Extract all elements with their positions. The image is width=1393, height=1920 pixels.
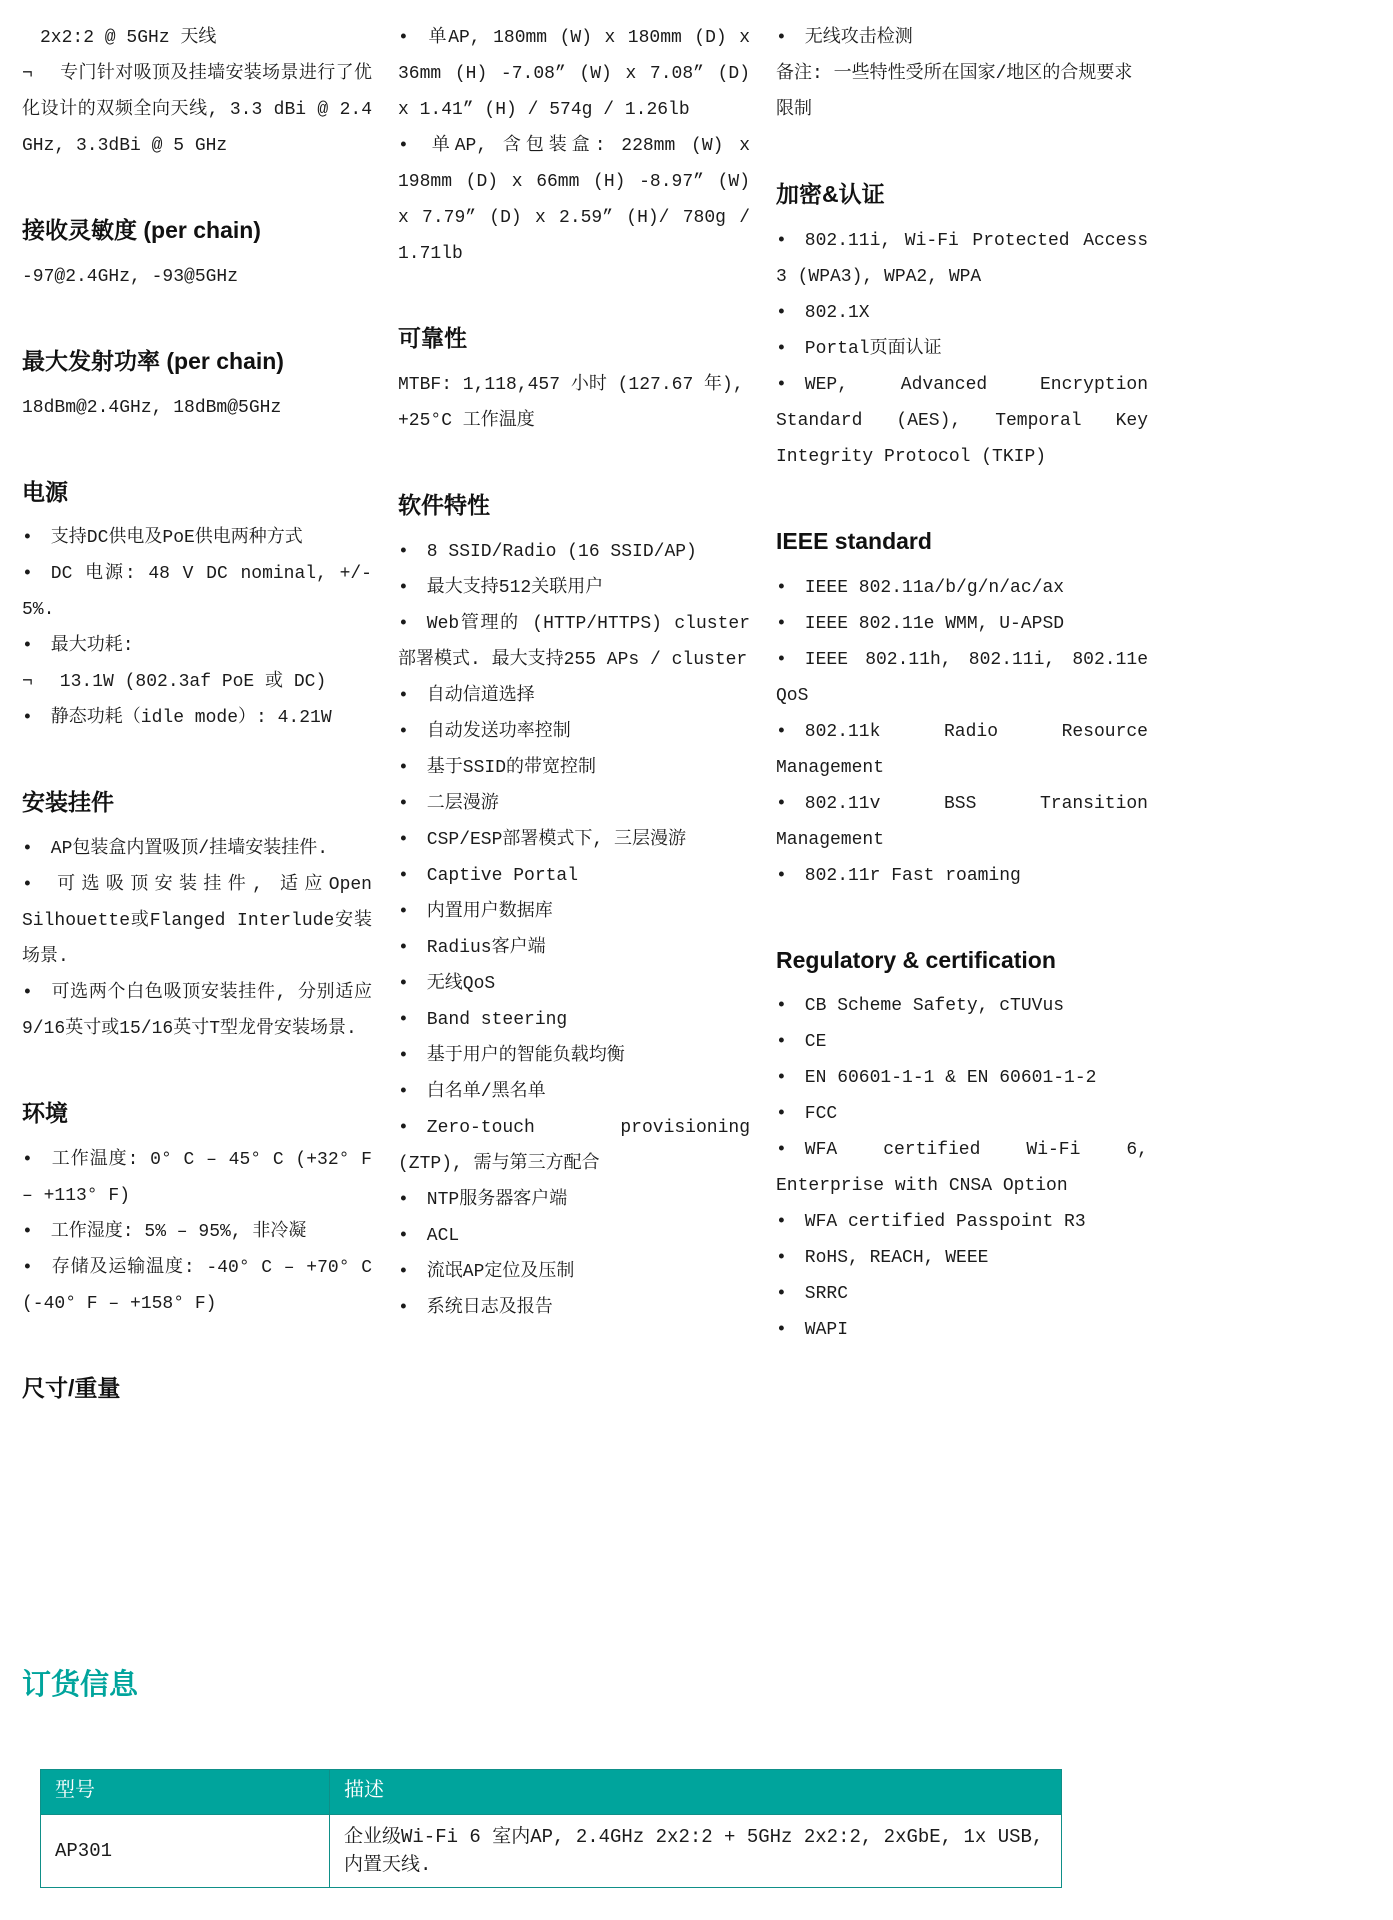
spec-bullet-item: • NTP服务器客户端: [398, 1182, 750, 1218]
spec-bullet-item: • Portal页面认证: [776, 331, 1148, 367]
spec-bullet-item: • CB Scheme Safety, cTUVus: [776, 988, 1148, 1024]
spec-bullet-item: • 最大支持512关联用户: [398, 570, 750, 606]
ordering-title: 订货信息: [22, 1662, 1366, 1703]
spec-bullet-item: • 内置用户数据库: [398, 894, 750, 930]
section-heading: 环境: [22, 1099, 372, 1128]
spec-column-3: • 无线攻击检测备注: 一些特性受所在国家/地区的合规要求限制加密&认证• 80…: [776, 20, 1148, 1417]
spec-bullet-item: • 802.11i, Wi-Fi Protected Access 3 (WPA…: [776, 223, 1148, 295]
spec-bullet-item: • 工作温度: 0° C – 45° C (+32° F – +113° F): [22, 1142, 372, 1214]
ordering-table-header-cell: 描述: [330, 1770, 1062, 1815]
spec-bullet-item: • 可选吸顶安装挂件, 适应Open Silhouette或Flanged In…: [22, 867, 372, 975]
spec-section: IEEE standard• IEEE 802.11a/b/g/n/ac/ax•…: [776, 527, 1148, 894]
section-heading: 软件特性: [398, 491, 750, 520]
spec-column-1: 2x2:2 @ 5GHz 天线¬ 专门针对吸顶及挂墙安装场景进行了优化设计的双频…: [22, 20, 372, 1417]
ordering-table-body: AP301企业级Wi-Fi 6 室内AP, 2.4GHz 2x2:2 + 5GH…: [41, 1815, 1062, 1888]
spec-columns: 2x2:2 @ 5GHz 天线¬ 专门针对吸顶及挂墙安装场景进行了优化设计的双频…: [0, 0, 1393, 1600]
description-cell: 企业级Wi-Fi 6 室内AP, 2.4GHz 2x2:2 + 5GHz 2x2…: [330, 1815, 1062, 1888]
spec-bullet-item: • 自动信道选择: [398, 678, 750, 714]
spec-bullet-item: • 802.1X: [776, 295, 1148, 331]
ordering-table-row: AP301企业级Wi-Fi 6 室内AP, 2.4GHz 2x2:2 + 5GH…: [41, 1815, 1062, 1888]
spec-bullet-item: • 二层漫游: [398, 786, 750, 822]
spec-bullet-item: • EN 60601-1-1 & EN 60601-1-2: [776, 1060, 1148, 1096]
spec-section: 最大发射功率 (per chain)18dBm@2.4GHz, 18dBm@5G…: [22, 347, 372, 426]
spec-bullet-item: • 802.11r Fast roaming: [776, 858, 1148, 894]
section-heading: 加密&认证: [776, 180, 1148, 209]
spec-bullet-item: • SRRC: [776, 1276, 1148, 1312]
spec-bullet-item: • CSP/ESP部署模式下, 三层漫游: [398, 822, 750, 858]
spec-bullet-item: • Zero-touch provisioning (ZTP), 需与第三方配合: [398, 1110, 750, 1182]
ordering-table-header-row: 型号描述: [41, 1770, 1062, 1815]
spec-text-line: -97@2.4GHz, -93@5GHz: [22, 259, 372, 295]
spec-text-line: 2x2:2 @ 5GHz 天线: [22, 20, 372, 56]
spec-bullet-item: • AP包装盒内置吸顶/挂墙安装挂件.: [22, 831, 372, 867]
spec-bullet-item: • Band steering: [398, 1002, 750, 1038]
section-heading: 安装挂件: [22, 788, 372, 817]
spec-bullet-item: • 基于SSID的带宽控制: [398, 750, 750, 786]
spec-text-line: 18dBm@2.4GHz, 18dBm@5GHz: [22, 390, 372, 426]
spec-bullet-item: • Web管理的 (HTTP/HTTPS) cluster部署模式. 最大支持2…: [398, 606, 750, 678]
spec-section: • 单AP, 180mm (W) x 180mm (D) x 36mm (H) …: [398, 20, 750, 272]
spec-section: Regulatory & certification• CB Scheme Sa…: [776, 946, 1148, 1349]
model-cell: AP301: [41, 1815, 330, 1888]
ordering-section: 订货信息 型号描述 AP301企业级Wi-Fi 6 室内AP, 2.4GHz 2…: [22, 1662, 1366, 1888]
spec-column-2: • 单AP, 180mm (W) x 180mm (D) x 36mm (H) …: [398, 20, 750, 1417]
spec-bullet-item: • 基于用户的智能负载均衡: [398, 1038, 750, 1074]
spec-bullet-item: • FCC: [776, 1096, 1148, 1132]
spec-section: 软件特性• 8 SSID/Radio (16 SSID/AP)• 最大支持512…: [398, 491, 750, 1326]
spec-bullet-item: • IEEE 802.11h, 802.11i, 802.11e QoS: [776, 642, 1148, 714]
spec-bullet-item: • 单AP, 180mm (W) x 180mm (D) x 36mm (H) …: [398, 20, 750, 128]
spec-bullet-item: • ACL: [398, 1218, 750, 1254]
section-heading: 可靠性: [398, 324, 750, 353]
spec-bullet-item: • 工作湿度: 5% – 95%, 非冷凝: [22, 1214, 372, 1250]
spec-bullet-item: • Radius客户端: [398, 930, 750, 966]
ordering-table-header-cell: 型号: [41, 1770, 330, 1815]
spec-bullet-item: • 静态功耗（idle mode）: 4.21W: [22, 700, 372, 736]
spec-section: 加密&认证• 802.11i, Wi-Fi Protected Access 3…: [776, 180, 1148, 475]
spec-bullet-item: • RoHS, REACH, WEEE: [776, 1240, 1148, 1276]
spec-section: 安装挂件• AP包装盒内置吸顶/挂墙安装挂件.• 可选吸顶安装挂件, 适应Ope…: [22, 788, 372, 1047]
spec-bullet-item: • CE: [776, 1024, 1148, 1060]
spec-section: 环境• 工作温度: 0° C – 45° C (+32° F – +113° F…: [22, 1099, 372, 1322]
ordering-table-head: 型号描述: [41, 1770, 1062, 1815]
spec-bullet-item: • 自动发送功率控制: [398, 714, 750, 750]
spec-bullet-item: • 白名单/黑名单: [398, 1074, 750, 1110]
spec-bullet-item: • 单AP, 含包装盒: 228mm (W) x 198mm (D) x 66m…: [398, 128, 750, 272]
spec-bullet-item: • 存储及运输温度: -40° C – +70° C (-40° F – +15…: [22, 1250, 372, 1322]
spec-section: • 无线攻击检测备注: 一些特性受所在国家/地区的合规要求限制: [776, 20, 1148, 128]
spec-bullet-item: • IEEE 802.11a/b/g/n/ac/ax: [776, 570, 1148, 606]
spec-bullet-item: • 8 SSID/Radio (16 SSID/AP): [398, 534, 750, 570]
spec-bullet-item: • 支持DC供电及PoE供电两种方式: [22, 520, 372, 556]
section-heading: 接收灵敏度 (per chain): [22, 216, 372, 245]
spec-bullet-item: • 无线攻击检测: [776, 20, 1148, 56]
spec-bullet-item: • WEP, Advanced Encryption Standard (AES…: [776, 367, 1148, 475]
spec-bullet-item: • 系统日志及报告: [398, 1290, 750, 1326]
section-heading: Regulatory & certification: [776, 946, 1148, 975]
spec-text-line: MTBF: 1,118,457 小时 (127.67 年), +25°C 工作温…: [398, 367, 750, 439]
spec-text-line: ¬ 13.1W (802.3af PoE 或 DC): [22, 664, 372, 700]
spec-bullet-item: • DC 电源: 48 V DC nominal, +/- 5%.: [22, 556, 372, 628]
section-heading: 尺寸/重量: [22, 1374, 372, 1403]
section-heading: IEEE standard: [776, 527, 1148, 556]
spec-text-line: ¬ 专门针对吸顶及挂墙安装场景进行了优化设计的双频全向天线, 3.3 dBi @…: [22, 56, 372, 164]
spec-bullet-item: • IEEE 802.11e WMM, U-APSD: [776, 606, 1148, 642]
spec-bullet-item: • 可选两个白色吸顶安装挂件, 分别适应9/16英寸或15/16英寸T型龙骨安装…: [22, 975, 372, 1047]
ordering-table: 型号描述 AP301企业级Wi-Fi 6 室内AP, 2.4GHz 2x2:2 …: [40, 1769, 1062, 1888]
spec-bullet-item: • WAPI: [776, 1312, 1148, 1348]
spec-bullet-item: • 802.11v BSS Transition Management: [776, 786, 1148, 858]
spec-section: 可靠性MTBF: 1,118,457 小时 (127.67 年), +25°C …: [398, 324, 750, 439]
spec-bullet-item: • 802.11k Radio Resource Management: [776, 714, 1148, 786]
datasheet-page: 2x2:2 @ 5GHz 天线¬ 专门针对吸顶及挂墙安装场景进行了优化设计的双频…: [0, 0, 1393, 1600]
spec-bullet-item: • 无线QoS: [398, 966, 750, 1002]
spec-bullet-item: • WFA certified Passpoint R3: [776, 1204, 1148, 1240]
section-heading: 电源: [22, 478, 372, 507]
spec-text-line: 备注: 一些特性受所在国家/地区的合规要求限制: [776, 56, 1148, 128]
spec-bullet-item: • 最大功耗:: [22, 628, 372, 664]
spec-bullet-item: • WFA certified Wi-Fi 6, Enterprise with…: [776, 1132, 1148, 1204]
section-heading: 最大发射功率 (per chain): [22, 347, 372, 376]
spec-section: 2x2:2 @ 5GHz 天线¬ 专门针对吸顶及挂墙安装场景进行了优化设计的双频…: [22, 20, 372, 164]
spec-bullet-item: • 流氓AP定位及压制: [398, 1254, 750, 1290]
spec-section: 电源• 支持DC供电及PoE供电两种方式• DC 电源: 48 V DC nom…: [22, 478, 372, 737]
spec-section: 接收灵敏度 (per chain)-97@2.4GHz, -93@5GHz: [22, 216, 372, 295]
spec-bullet-item: • Captive Portal: [398, 858, 750, 894]
spec-section: 尺寸/重量: [22, 1374, 372, 1403]
